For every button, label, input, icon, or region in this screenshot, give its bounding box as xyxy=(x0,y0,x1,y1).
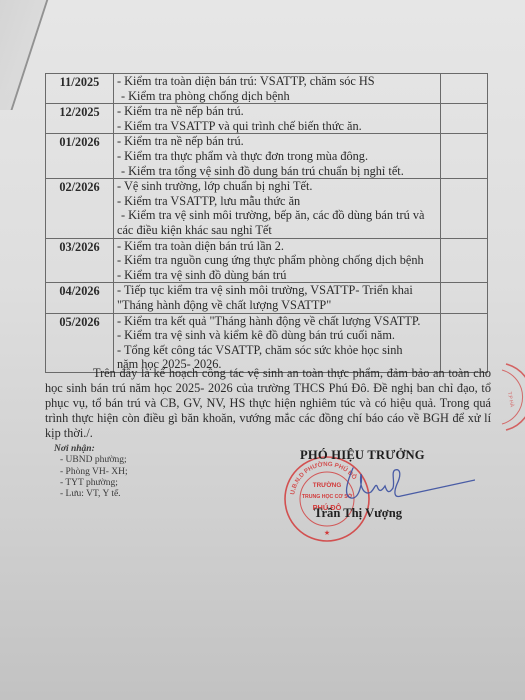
task-line: - Kiểm tra nguồn cung ứng thực phẩm phòn… xyxy=(117,253,437,268)
svg-text:T.P HÀ: T.P HÀ xyxy=(506,391,516,408)
month-cell: 11/2025 xyxy=(46,74,114,104)
recipient-item: - Lưu: VT, Y tế. xyxy=(54,489,128,500)
task-line: - Tổng kết công tác VSATTP, chăm sóc sức… xyxy=(117,343,437,358)
task-line: - Kiểm tra vệ sinh và kiểm kê đồ dùng bá… xyxy=(117,328,437,343)
recipients-title: Nơi nhận: xyxy=(54,444,128,455)
month-cell: 05/2026 xyxy=(46,313,114,372)
tasks-cell: - Kiểm tra toàn diện bán trú: VSATTP, ch… xyxy=(114,74,441,104)
task-line: - Kiểm tra toàn diện bán trú: VSATTP, ch… xyxy=(117,74,437,89)
tasks-cell: - Tiếp tục kiểm tra vệ sinh môi trường, … xyxy=(114,283,441,313)
note-cell xyxy=(441,313,488,372)
table-row: 03/2026- Kiểm tra toàn diện bán trú lần … xyxy=(46,238,488,283)
task-line: - Kiểm tra toàn diện bán trú lần 2. xyxy=(117,239,437,254)
task-line: - Kiểm tra VSATTP, lưu mẫu thức ăn xyxy=(117,194,437,209)
recipients-block: Nơi nhận: - UBND phường; - Phòng VH- XH;… xyxy=(54,444,128,500)
month-cell: 04/2026 xyxy=(46,283,114,313)
handwritten-signature-icon xyxy=(335,462,475,512)
tasks-cell: - Kiểm tra toàn diện bán trú lần 2.- Kiể… xyxy=(114,238,441,283)
recipient-item: - UBND phường; xyxy=(54,455,128,466)
note-cell xyxy=(441,283,488,313)
signature-block: PHÓ HIỆU TRƯỞNG Trần Thị Vượng xyxy=(300,448,480,463)
month-cell: 01/2026 xyxy=(46,134,114,179)
task-line: - Kiểm tra phòng chống dịch bệnh xyxy=(117,89,437,104)
tasks-cell: - Kiểm tra nề nếp bán trú.- Kiểm tra thự… xyxy=(114,134,441,179)
table-row: 04/2026- Tiếp tục kiểm tra vệ sinh môi t… xyxy=(46,283,488,313)
recipient-item: - Phòng VH- XH; xyxy=(54,467,128,478)
task-line: - Kiểm tra vệ sinh môi trường, bếp ăn, c… xyxy=(117,208,437,223)
closing-text: Trên đây là kế hoạch công tác vệ sinh an… xyxy=(45,366,491,441)
month-cell: 12/2025 xyxy=(46,104,114,134)
table-row: 11/2025- Kiểm tra toàn diện bán trú: VSA… xyxy=(46,74,488,104)
recipient-item: - TYT phường; xyxy=(54,478,128,489)
signer-title: PHÓ HIỆU TRƯỞNG xyxy=(300,448,480,463)
note-cell xyxy=(441,74,488,104)
note-cell xyxy=(441,134,488,179)
note-cell xyxy=(441,179,488,238)
task-line: - Kiểm tra vệ sinh đồ dùng bán trú xyxy=(117,268,437,283)
task-line: - Tiếp tục kiểm tra vệ sinh môi trường, … xyxy=(117,283,437,298)
table-row: 12/2025- Kiểm tra nề nếp bán trú.- Kiểm … xyxy=(46,104,488,134)
table-row: 05/2026- Kiểm tra kết quả "Tháng hành độ… xyxy=(46,313,488,372)
tasks-cell: - Vệ sinh trường, lớp chuẩn bị nghỉ Tết.… xyxy=(114,179,441,238)
month-cell: 03/2026 xyxy=(46,238,114,283)
page-edge-shadow xyxy=(0,0,51,110)
tasks-cell: - Kiểm tra kết quả "Tháng hành động về c… xyxy=(114,313,441,372)
table-row: 01/2026- Kiểm tra nề nếp bán trú.- Kiểm … xyxy=(46,134,488,179)
plan-table: 11/2025- Kiểm tra toàn diện bán trú: VSA… xyxy=(45,73,488,373)
task-line: - Kiểm tra thực phẩm và thực đơn trong m… xyxy=(117,149,437,164)
table-row: 02/2026- Vệ sinh trường, lớp chuẩn bị ng… xyxy=(46,179,488,238)
task-line: - Kiểm tra kết quả "Tháng hành động về c… xyxy=(117,314,437,329)
task-line: - Kiểm tra tổng vệ sinh đồ dung bán trú … xyxy=(117,164,437,179)
note-cell xyxy=(441,238,488,283)
tasks-cell: - Kiểm tra nề nếp bán trú.- Kiểm tra VSA… xyxy=(114,104,441,134)
task-line: - Vệ sinh trường, lớp chuẩn bị nghỉ Tết. xyxy=(117,179,437,194)
stamp-star-icon: ★ xyxy=(324,529,330,537)
task-line: - Kiểm tra nề nếp bán trú. xyxy=(117,134,437,149)
task-line: "Tháng hành động về chất lượng VSATTP" xyxy=(117,298,437,313)
note-cell xyxy=(441,104,488,134)
side-stamp-fragment-icon: T.P HÀ xyxy=(500,362,525,432)
month-cell: 02/2026 xyxy=(46,179,114,238)
task-line: - Kiểm tra nề nếp bán trú. xyxy=(117,104,437,119)
task-line: - Kiểm tra VSATTP và qui trình chế biến … xyxy=(117,119,437,134)
task-line: các điều kiện khác sau nghỉ Tết xyxy=(117,223,437,238)
closing-paragraph: Trên đây là kế hoạch công tác vệ sinh an… xyxy=(45,366,491,441)
